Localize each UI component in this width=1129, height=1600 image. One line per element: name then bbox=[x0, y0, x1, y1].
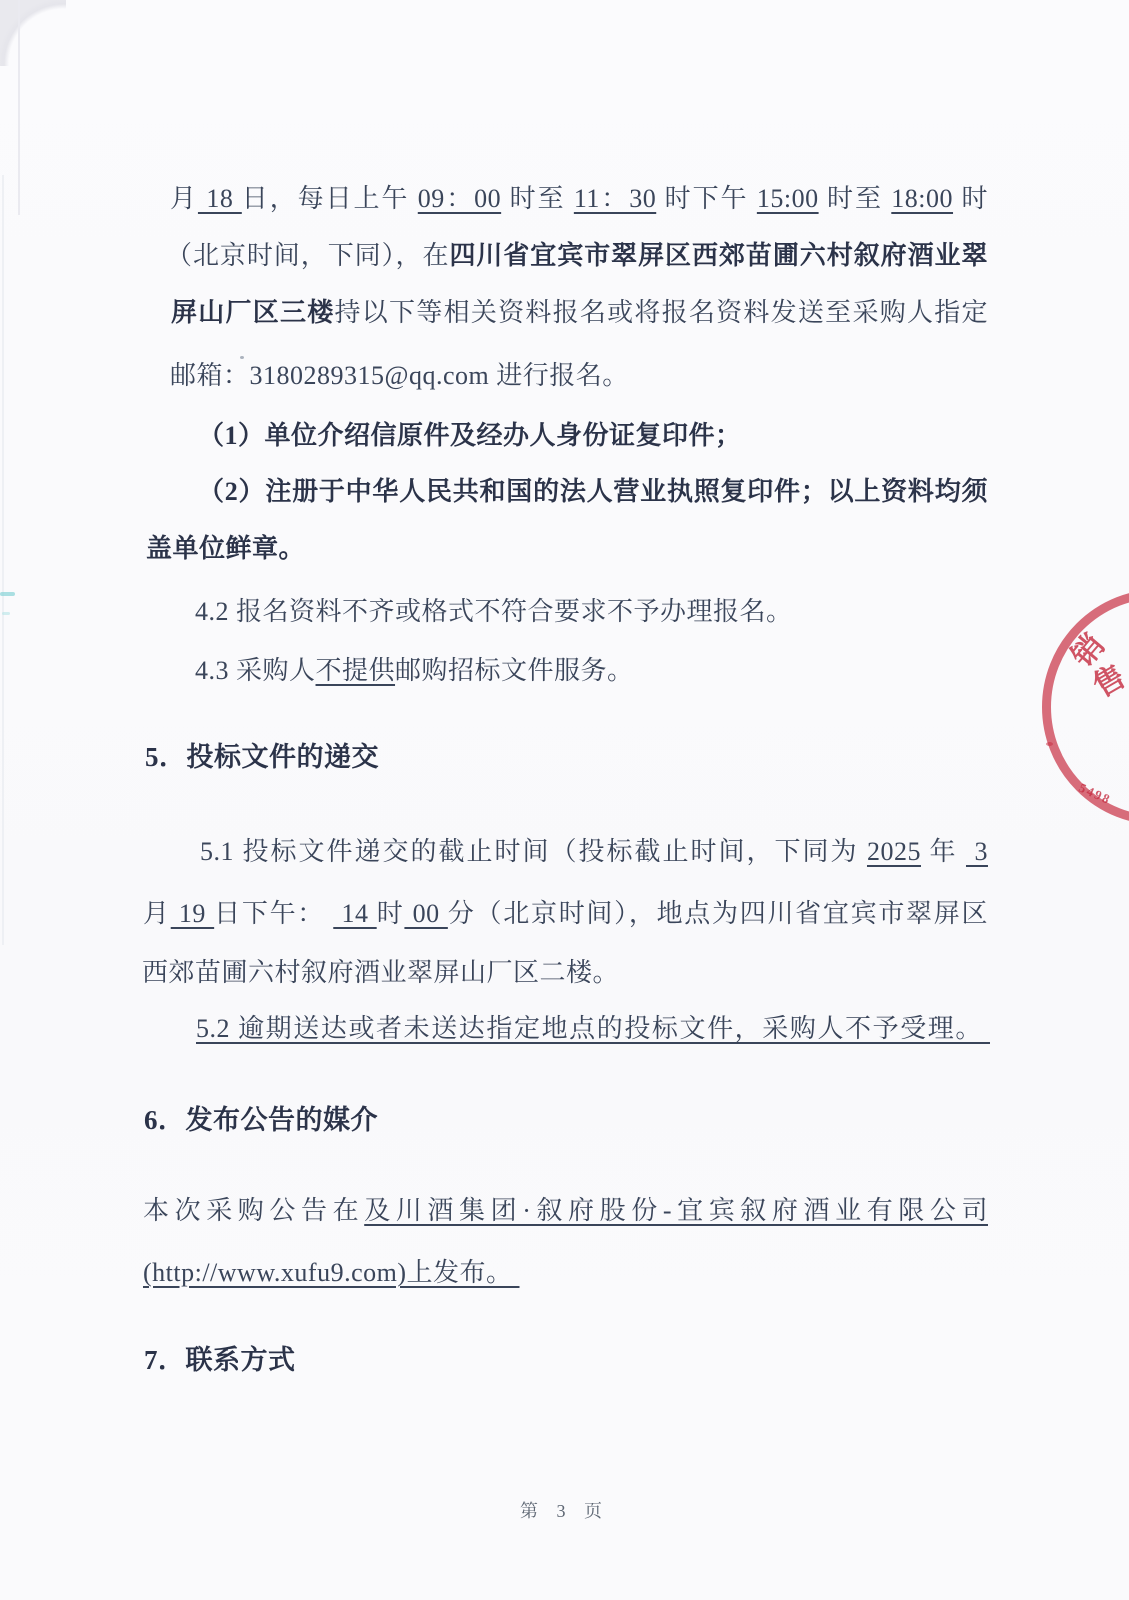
section-heading: 6．发布公告的媒介 bbox=[144, 1102, 988, 1138]
text-segment: 持以下等相关资料报名或将报名资料发送至采购人指定 bbox=[335, 298, 988, 327]
text-line: 5.1 投标文件递交的截止时间（投标截止时间，下同为 2025 年 3 bbox=[200, 834, 988, 870]
text-segment: 月 bbox=[143, 899, 171, 928]
text-segment: 2025 bbox=[867, 837, 921, 866]
text-line: 4.3 采购人不提供邮购招标文件服务。 bbox=[195, 653, 988, 689]
text-segment: 分（北京时间），地点为四川省宜宾市翠屏区 bbox=[448, 899, 988, 928]
text-segment: 时至 bbox=[501, 184, 574, 213]
text-segment: 7．联系方式 bbox=[144, 1345, 296, 1375]
text-segment: （2）注册于中华人民共和国的法人营业执照复印件；以上资料均须 bbox=[198, 477, 988, 506]
scanned-page: 月 18 日，每日上午 09：00 时至 11：30 时下午 15:00 时至 … bbox=[0, 0, 1129, 1600]
text-segment: 屏山厂区三楼 bbox=[171, 298, 335, 327]
text-segment: 时至 bbox=[819, 184, 892, 213]
text-segment: 西郊苗圃六村叙府酒业翠屏山厂区二楼。 bbox=[142, 958, 619, 987]
text-segment: 盖单位鲜章。 bbox=[146, 534, 305, 563]
text-segment: （1）单位介绍信原件及经办人身份证复印件； bbox=[198, 421, 742, 450]
section-heading: 5．投标文件的递交 bbox=[145, 739, 988, 775]
text-segment: 年 bbox=[921, 837, 966, 866]
page-footer: 第 3 页 bbox=[0, 1497, 1129, 1523]
text-line: 4.2 报名资料不齐或格式不符合要求不予办理报名。 bbox=[195, 594, 988, 630]
text-line: 盖单位鲜章。 bbox=[146, 531, 988, 567]
text-segment: 本次采购公告在 bbox=[143, 1196, 364, 1225]
text-segment: 5.1 投标文件递交的截止时间（投标截止时间，下同为 bbox=[200, 837, 867, 866]
text-segment: 6．发布公告的媒介 bbox=[144, 1105, 378, 1135]
text-segment: 3 bbox=[966, 837, 988, 866]
text-segment: 5．投标文件的递交 bbox=[145, 742, 379, 772]
text-segment: 及川酒集团·叙府股份-宜宾叙府酒业有限公司 bbox=[364, 1196, 988, 1225]
text-segment: 00 bbox=[404, 899, 447, 928]
seal-fleck bbox=[1046, 742, 1053, 746]
text-segment: 18 bbox=[198, 184, 242, 213]
text-segment: 4.3 采购人 bbox=[195, 656, 316, 685]
text-line: 屏山厂区三楼持以下等相关资料报名或将报名资料发送至采购人指定 bbox=[171, 295, 988, 331]
text-segment: 不提供 bbox=[316, 656, 396, 685]
text-line: 5.2 逾期送达或者未送达指定地点的投标文件，采购人不予受理。 bbox=[196, 1011, 990, 1047]
text-segment: 日，每日上午 bbox=[242, 184, 418, 213]
text-segment: 19 bbox=[171, 899, 214, 928]
text-line: （北京时间，下同），在四川省宜宾市翠屏区西郊苗圃六村叙府酒业翠 bbox=[166, 238, 988, 274]
text-segment: 5.2 逾期送达或者未送达指定地点的投标文件，采购人不予受理。 bbox=[196, 1014, 990, 1043]
text-segment: 邮购招标文件服务。 bbox=[395, 656, 634, 685]
text-line: 月 19 日下午： 14 时 00 分（北京时间），地点为四川省宜宾市翠屏区 bbox=[143, 896, 988, 932]
text-segment: 时 bbox=[377, 899, 405, 928]
document-body: 月 18 日，每日上午 09：00 时至 11：30 时下午 15:00 时至 … bbox=[0, 0, 1129, 1600]
text-line: 月 18 日，每日上午 09：00 时至 11：30 时下午 15:00 时至 … bbox=[170, 181, 988, 217]
section-heading: 7．联系方式 bbox=[144, 1342, 988, 1378]
text-segment: 15:00 bbox=[757, 184, 819, 213]
text-segment: 四川省宜宾市翠屏区西郊苗圃六村叙府酒业翠 bbox=[449, 241, 988, 270]
text-line: 西郊苗圃六村叙府酒业翠屏山厂区二楼。 bbox=[142, 955, 988, 991]
text-segment: 4.2 报名资料不齐或格式不符合要求不予办理报名。 bbox=[195, 597, 793, 626]
text-segment: 邮箱：3180289315@qq.com 进行报名。 bbox=[170, 361, 629, 390]
text-segment: 18:00 bbox=[891, 184, 953, 213]
text-line: 本次采购公告在及川酒集团·叙府股份-宜宾叙府酒业有限公司 bbox=[143, 1193, 988, 1229]
text-segment: 时下午 bbox=[656, 184, 757, 213]
text-segment: 时 bbox=[953, 184, 988, 213]
text-segment: 09：00 bbox=[418, 184, 501, 213]
text-segment: 日下午： bbox=[214, 899, 333, 928]
text-line: （1）单位介绍信原件及经办人身份证复印件； bbox=[198, 418, 988, 454]
text-segment: 11：30 bbox=[574, 184, 656, 213]
text-segment: 月 bbox=[170, 184, 198, 213]
text-segment: (http://www.xufu9.com)上发布。 bbox=[143, 1258, 520, 1287]
text-segment: （北京时间，下同），在 bbox=[166, 241, 449, 270]
text-line: （2）注册于中华人民共和国的法人营业执照复印件；以上资料均须 bbox=[198, 474, 988, 510]
text-line: 邮箱：3180289315@qq.com 进行报名。 bbox=[170, 358, 988, 394]
text-line: (http://www.xufu9.com)上发布。 bbox=[143, 1255, 988, 1291]
text-segment: 14 bbox=[333, 899, 376, 928]
